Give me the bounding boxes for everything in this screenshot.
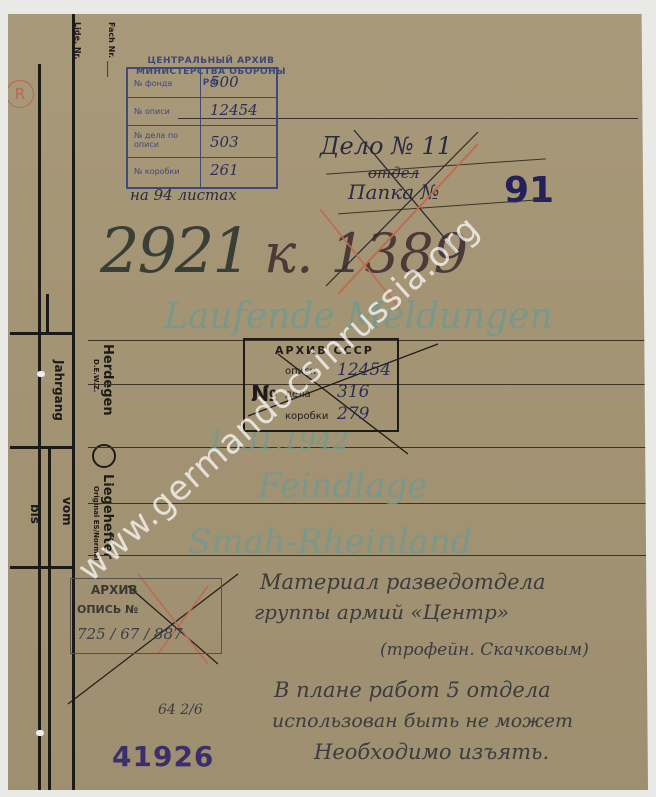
note-line-3: (трофейн. Скачковым) — [380, 640, 589, 660]
small-stamp-label: ОПИСЬ № — [77, 603, 138, 616]
inventory-number: 41926 — [112, 740, 214, 773]
note-line-5: использован быть не может — [272, 710, 573, 732]
german-subject: Feindlage — [258, 466, 427, 506]
note-line-6: Необходимо изъять. — [314, 740, 549, 764]
folder-cover: Fach Nr. ____ Lide. Nr. ____ Herdegen D.… — [8, 14, 648, 790]
ussr-value-delo: 316 — [337, 382, 369, 402]
ussr-value-box: 279 — [337, 404, 369, 424]
small-archive-stamp: АРХИВ ОПИСЬ № 725 / 67 / 887 — [70, 578, 222, 654]
note-line-1: Материал разведотдела — [260, 570, 545, 594]
folio-mark: 64 2/6 — [158, 702, 203, 718]
small-stamp-values: 725 / 67 / 887 — [77, 625, 183, 643]
note-line-4: В плане работ 5 отдела — [274, 678, 551, 702]
german-region: Smah-Rheinland — [188, 522, 472, 562]
note-line-2: группы армий «Центр» — [254, 600, 509, 624]
